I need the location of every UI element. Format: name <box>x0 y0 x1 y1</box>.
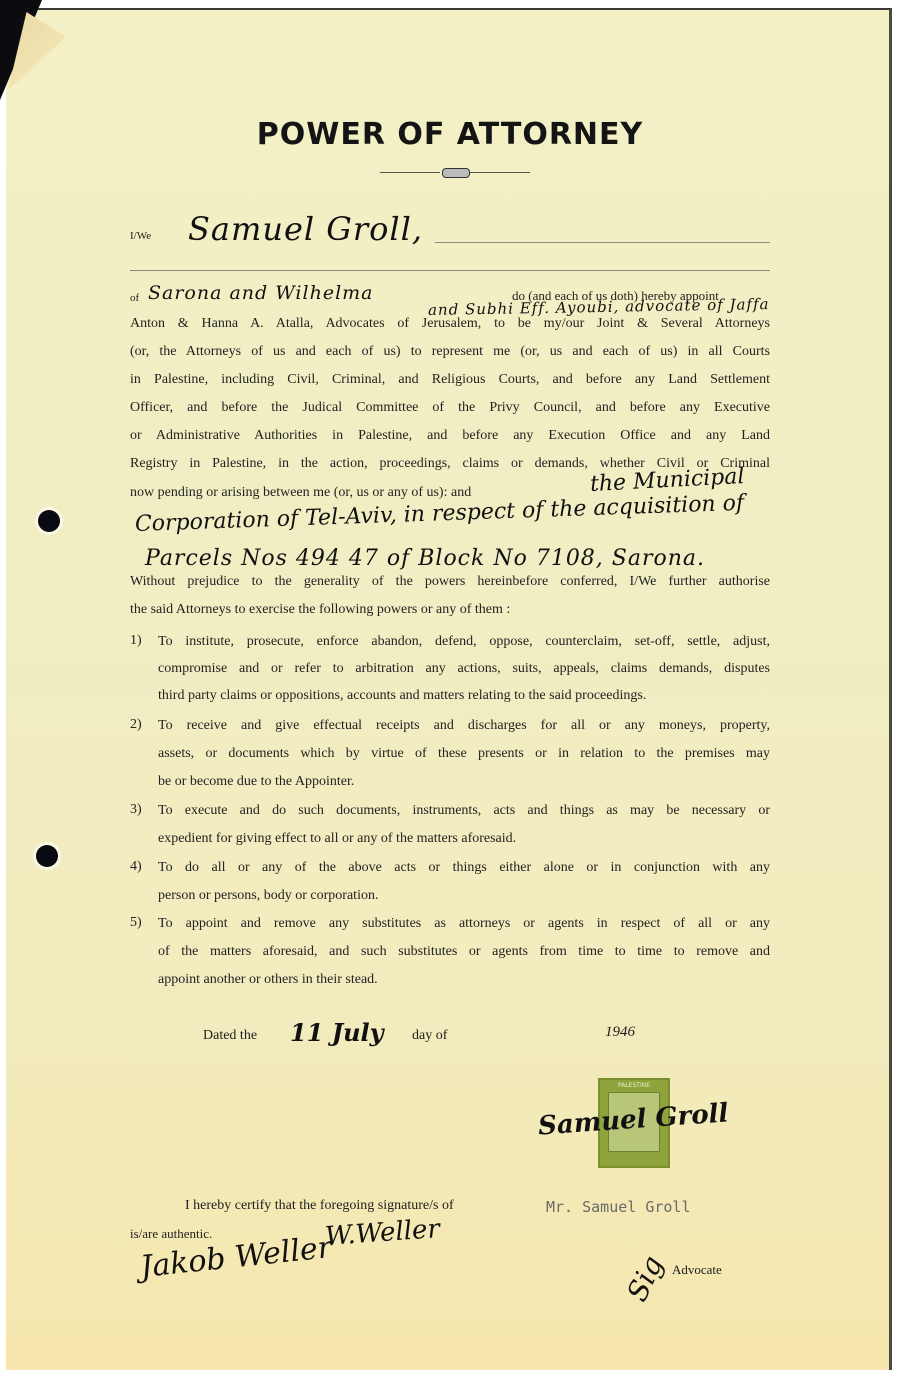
power-number: 5) <box>130 915 142 931</box>
body-line: in Palestine, including Civil, Criminal,… <box>130 371 770 389</box>
power-number: 1) <box>130 633 142 649</box>
dated-label: Dated the <box>203 1028 257 1044</box>
residence: Sarona and Wilhelma <box>148 282 374 304</box>
handwritten-matter-line: Parcels Nos 494 47 of Block No 7108, Sar… <box>145 546 705 571</box>
power-line: To receive and give effectual receipts a… <box>158 717 770 735</box>
power-line: third party claims or oppositions, accou… <box>158 687 770 705</box>
body-line: (or, the Attorneys of us and each of us)… <box>130 343 770 361</box>
power-line: To do all or any of the above acts or th… <box>158 859 770 877</box>
power-line: To execute and do such documents, instru… <box>158 802 770 820</box>
document-title: POWER OF ATTORNEY <box>0 117 900 152</box>
power-line: expedient for giving effect to all or an… <box>158 830 770 848</box>
punch-hole-bottom <box>36 845 58 867</box>
body-line: Anton & Hanna A. Atalla, Advocates of Je… <box>130 315 770 333</box>
title-ornament <box>380 168 530 178</box>
body-line: now pending or arising between me (or, u… <box>130 484 471 502</box>
of-label: of <box>130 292 139 304</box>
grantor-label: I/We <box>130 230 151 242</box>
year: 1946 <box>605 1024 635 1041</box>
grantor-underline <box>435 242 770 243</box>
power-number: 4) <box>130 859 142 875</box>
power-line: of the matters aforesaid, and such subst… <box>158 943 770 961</box>
dated-day: 11 July <box>290 1018 384 1047</box>
day-of-label: day of <box>412 1028 447 1044</box>
grantor-second-line <box>130 270 770 271</box>
body-line: Officer, and before the Judical Committe… <box>130 399 770 417</box>
advocate-label: Advocate <box>672 1262 722 1278</box>
certified-name: Mr. Samuel Groll <box>546 1198 691 1216</box>
certify-text: I hereby certify that the foregoing sign… <box>185 1198 454 1214</box>
power-line: compromise and or refer to arbitration a… <box>158 660 770 678</box>
further-line: Without prejudice to the generality of t… <box>130 573 770 591</box>
power-line: be or become due to the Appointer. <box>158 773 770 791</box>
authentic-text: is/are authentic. <box>130 1226 212 1242</box>
power-number: 2) <box>130 717 142 733</box>
power-number: 3) <box>130 802 142 818</box>
power-line: assets, or documents which by virtue of … <box>158 745 770 763</box>
power-line: appoint another or others in their stead… <box>158 971 770 989</box>
power-line: To institute, prosecute, enforce abandon… <box>158 633 770 651</box>
punch-hole-top <box>38 510 60 532</box>
further-line: the said Attorneys to exercise the follo… <box>130 601 770 619</box>
power-line: To appoint and remove any substitutes as… <box>158 915 770 933</box>
grantor-name: Samuel Groll, <box>188 210 423 248</box>
power-line: person or persons, body or corporation. <box>158 887 770 905</box>
body-line: or Administrative Authorities in Palesti… <box>130 427 770 445</box>
